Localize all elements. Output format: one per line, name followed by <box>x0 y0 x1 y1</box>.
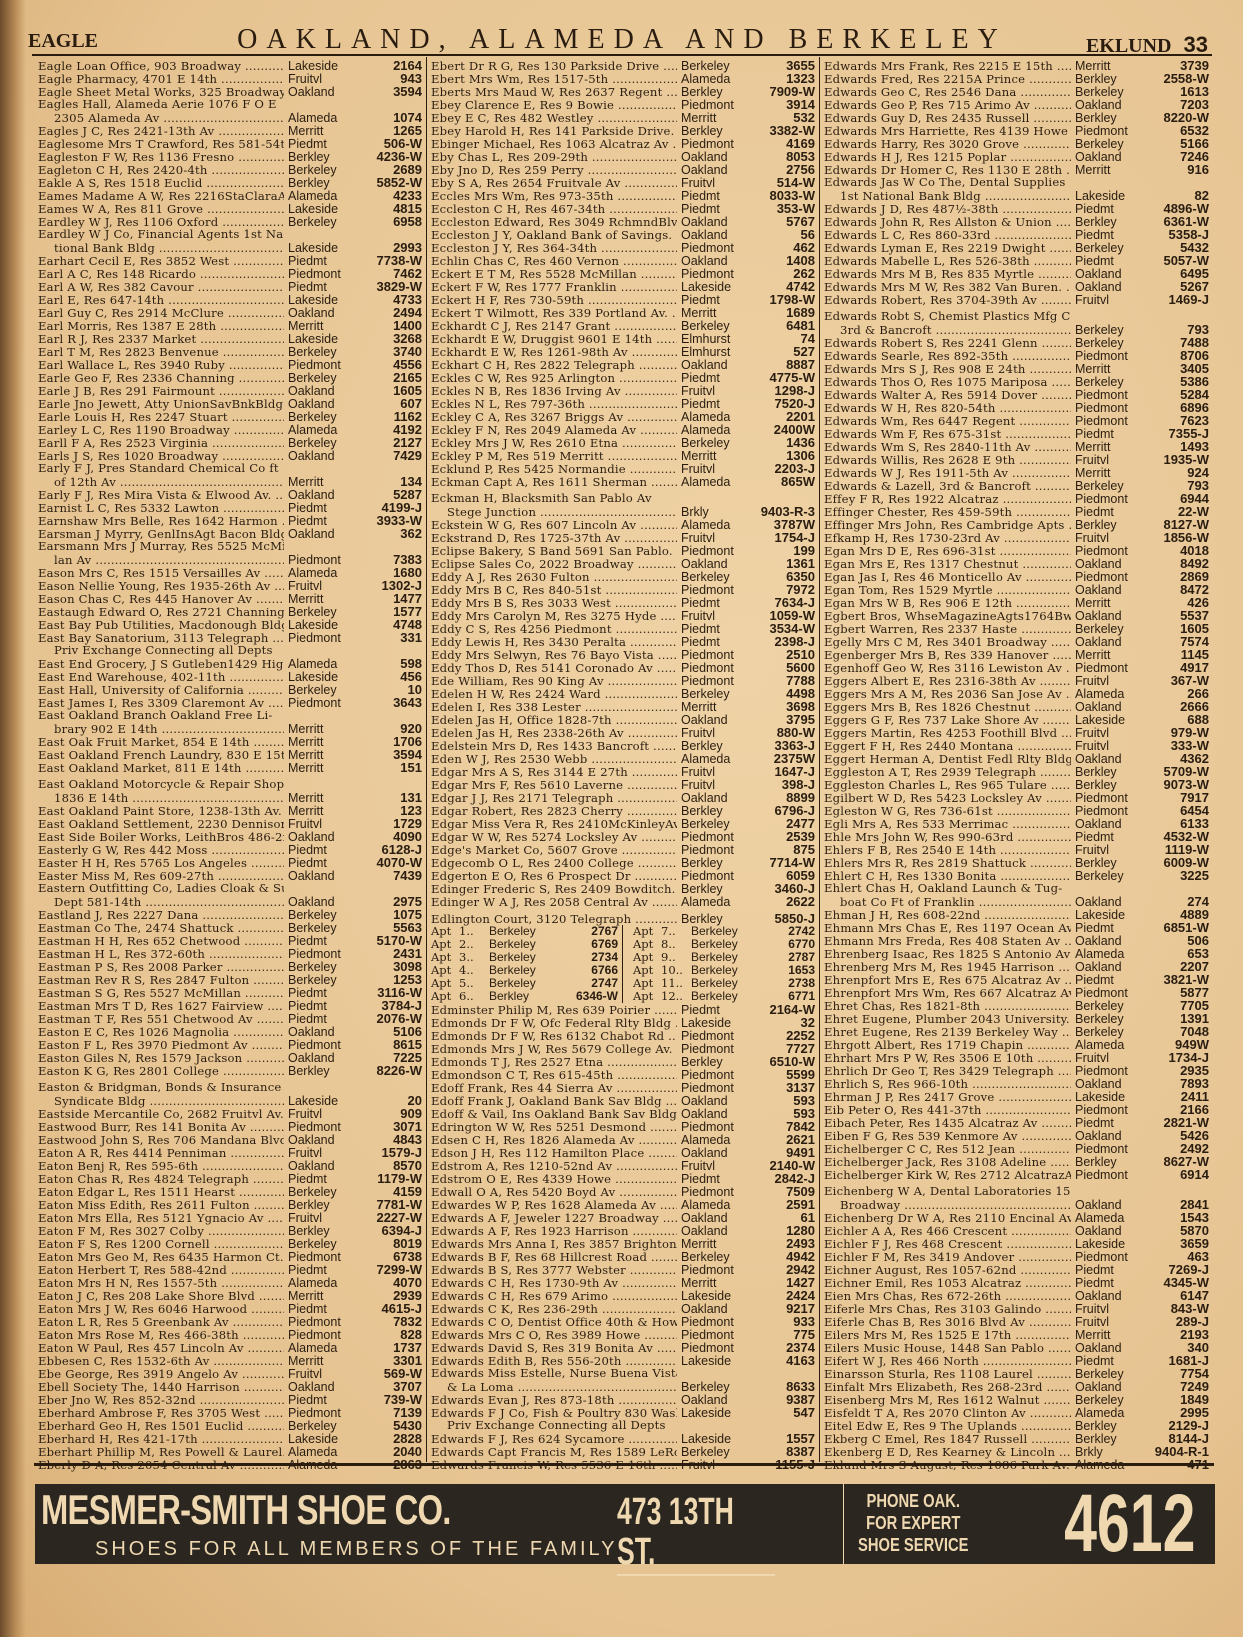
entry-name: Priv Exchange Connecting all Depts <box>431 1419 677 1432</box>
directory-entry: Earl R J, Res 2337 MarketLakeside3268 <box>38 332 422 345</box>
entry-name: Edwards Wm S, Res 2840-11th Av <box>824 441 1071 454</box>
directory-entry: Edgerton E O, Res 6 Prospect DrPiedmont6… <box>431 869 815 882</box>
ad-phone-label-line: PHONE OAK. <box>858 1490 968 1512</box>
entry-name: Eddy Mrs Carolyn M, Res 3275 Hyde <box>431 610 677 623</box>
directory-entry: Earhart Cecil E, Res 3852 WestPiedmt7738… <box>38 254 422 267</box>
directory-entry: Eggert Herman A, Dentist Fedl Rlty BldgO… <box>824 752 1209 765</box>
entry-name: Egan Tom, Res 1529 Myrtle <box>824 584 1071 597</box>
directory-entry: Edwards L C, Res 860-33rdPiedmt5358-J <box>824 228 1209 241</box>
entry-name: Ede William, Res 90 King Av <box>431 675 677 688</box>
directory-entry: Ehrhart Mrs P W, Res 3506 E 10thFruitvl1… <box>824 1051 1209 1064</box>
entry-exchange: Piedmont <box>284 632 364 645</box>
entry-name: Einarsson Sturla, Res 1108 Laurel <box>824 1368 1071 1381</box>
entry-exchange: Berkeley <box>284 216 364 229</box>
directory-entry: Effinger Chester, Res 459-59thPiedmt22-W <box>824 505 1209 518</box>
directory-entry: Eaton F M, Res 3027 ColbyBerkley6394-J <box>38 1224 422 1237</box>
entry-name: Dept 581-14th <box>38 896 284 909</box>
directory-entry: Eichenberg W A, Dental Laboratories 1512 <box>824 1185 1209 1198</box>
directory-entry: Edoff Frank J, Oakland Bank Sav BldgOakl… <box>431 1094 815 1107</box>
directory-entry: Earnshaw Mrs Belle, Res 1642 HarmonPiedm… <box>38 514 422 527</box>
directory-entry: Eaton Mrs Geo M, Res 6435 Harmon Ct.Pied… <box>38 1250 422 1263</box>
entry-name: Eaton L R, Res 5 Greenbank Av <box>38 1316 284 1329</box>
directory-entry: Eby S A, Res 2654 Fruitvale AvFruitvl514… <box>431 176 815 189</box>
directory-entry: Egan Mrs E, Res 1317 ChestnutOakland8492 <box>824 557 1209 570</box>
directory-entry: Stege JunctionBrkly9403-R-3 <box>431 505 815 518</box>
entry-name: Eby S A, Res 2654 Fruitvale Av <box>431 177 677 190</box>
entry-name: Easter H H, Res 5765 Los Angeles <box>38 857 284 870</box>
directory-entry: Eaton Edgar L, Res 1511 HearstBerkeley41… <box>38 1185 422 1198</box>
entry-name: boat Co Ft of Franklin <box>824 896 1071 909</box>
directory-entry: Earl Wallace L, Res 3940 RubyPiedmont455… <box>38 358 422 371</box>
entry-name: Easton & Bridgman, Bonds & Insurance <box>38 1081 284 1094</box>
directory-entry: Eckert E T M, Res 5528 McMillanPiedmont2… <box>431 267 815 280</box>
directory-entry: Earley L C, Res 1190 BroadwayAlameda4192 <box>38 423 422 436</box>
entry-exchange: Berkley <box>284 1065 364 1078</box>
directory-entry: Edwards Robt S, Chemist Plastics Mfg Co <box>824 310 1209 323</box>
directory-entry: Eastman Mrs T D, Res 1627 FairviewPiedmt… <box>38 999 422 1012</box>
directory-entry: Eggers Albert E, Res 2316-38th AvFruitvl… <box>824 674 1209 687</box>
entry-name: Edwall O A, Res 5420 Boyd Av <box>431 1186 677 1199</box>
directory-entry: Ehrlich S, Res 966-10thOakland7893 <box>824 1077 1209 1090</box>
entry-name: Earl E, Res 647-14th <box>38 294 284 307</box>
directory-entry: East Oakland Branch Oakland Free Li- <box>38 709 422 722</box>
directory-entry: Early F J, Pres Standard Chemical Co ft <box>38 462 422 475</box>
entry-name: & La Loma <box>431 1381 677 1394</box>
entry-name: Edwards Wm, Res 6447 Regent <box>824 415 1071 428</box>
directory-entry: Edwards Walter A, Res 5914 DoverPiedmont… <box>824 388 1209 401</box>
entry-name: Eichner Emil, Res 1053 Alcatraz <box>824 1277 1071 1290</box>
directory-entry: East Oakland Motorcycle & Repair Shop, <box>38 778 422 791</box>
entry-name: Edgecomb O L, Res 2400 College <box>431 857 677 870</box>
directory-entry: Ehmann Mrs Chas E, Res 1197 Ocean AvPied… <box>824 921 1209 934</box>
entry-name: Ehret Eugene, Res 2139 Berkeley Way <box>824 1026 1071 1039</box>
directory-entry: Eckles N L, Res 797-36thPiedmt7520-J <box>431 397 815 410</box>
entry-name: Eberhart Phillip M, Res Powell & Laurel. <box>38 1446 284 1459</box>
entry-name: Eaton Edgar L, Res 1511 Hearst <box>38 1186 284 1199</box>
entry-name: Eason Nellie Young, Res 1935-26th Av <box>38 580 284 593</box>
entry-name: Einfalt Mrs Elizabeth, Res 268-23rd <box>824 1381 1071 1394</box>
entry-phone: 6914 <box>1151 1168 1209 1181</box>
entry-name: Eason Mrs C, Res 1515 Versailles Av <box>38 567 284 580</box>
entry-name: Egenberger Mrs B, Res 339 Hanover <box>824 649 1071 662</box>
entry-name: Stege Junction <box>431 506 677 519</box>
directory-entry: Ekenberg E D, Res Kearney & LincolnBrkly… <box>824 1445 1209 1458</box>
entry-name: Edstrom O E, Res 4339 Howe <box>431 1173 677 1186</box>
entry-name: Ebert Mrs Wm, Res 1517-5th <box>431 73 677 86</box>
directory-entry: Ehlers F B, Res 2540 E 14thFruitvl1119-W <box>824 843 1209 856</box>
entry-name: Edelen Jas H, Res 2338-26th Av <box>431 727 677 740</box>
entry-name: Edwards B F, Res 68 Hillcrest Road <box>431 1251 677 1264</box>
entry-name: Edwards J D, Res 487½-38th <box>824 203 1071 216</box>
directory-entry: Edminster Philip M, Res 639 PoirierPiedm… <box>431 1003 815 1016</box>
directory-entry: Earl A C, Res 148 RicardoPiedmont7462 <box>38 267 422 280</box>
entry-name: Eastern Outfitting Co, Ladies Cloak & Su… <box>38 882 284 895</box>
entry-name: Earl Morris, Res 1387 E 28th <box>38 320 284 333</box>
entry-name: Edwards Mrs Frank, Res 2215 E 15th <box>824 60 1071 73</box>
ad-phone-label-line: SHOE SERVICE <box>858 1534 968 1556</box>
entry-name: Edwards David S, Res 319 Bonita Av <box>431 1342 677 1355</box>
directory-entry: Edmondson C T, Res 615-45thPiedmont5599 <box>431 1068 815 1081</box>
entry-name: Eagles Hall, Alameda Aerie 1076 F O E <box>38 98 284 111</box>
directory-entry: Eby Jno D, Res 259 PerryOakland2756 <box>431 163 815 176</box>
entry-name: Eisenberg Mrs M, Res 1612 Walnut <box>824 1394 1071 1407</box>
directory-entry: Ebey E C, Res 482 WestleyMerritt532 <box>431 111 815 124</box>
entry-name: Earle Louis H, Res 2247 Stuart <box>38 411 284 424</box>
directory-entry: Eby Chas L, Res 209-29thOakland8053 <box>431 150 815 163</box>
entry-name: Egenhoff Geo W, Res 3116 Lewiston Av <box>824 662 1071 675</box>
directory-entry: Eichler A A, Res 466 CrescentOakland5870 <box>824 1224 1209 1237</box>
directory-entry: Ehret Eugene, Plumber 2043 University.Be… <box>824 1012 1209 1025</box>
directory-entry: Edwards Harry, Res 3020 GroveBerkeley516… <box>824 137 1209 150</box>
directory-entry: Effinger Mrs John, Res Cambridge AptsBer… <box>824 518 1209 531</box>
entry-name: Edelen Jas H, Office 1828-7th <box>431 714 677 727</box>
apartment-column-left: Apt1..Berkeley2767Apt2..Berkeley6769Apt3… <box>431 925 623 1003</box>
entry-name: Ehmann Mrs Freda, Res 408 Staten Av <box>824 935 1071 948</box>
directory-entry: Eastman H L, Res 372-60thPiedmont2431 <box>38 947 422 960</box>
entry-name: Eastwood Burr, Res 141 Bonita Av <box>38 1121 284 1134</box>
directory-entry: East Hall, University of CaliforniaBerke… <box>38 683 422 696</box>
entry-name: Eccleston J Y, Res 364-34th <box>431 242 677 255</box>
entry-name: Effey F R, Res 1922 Alcatraz <box>824 493 1071 506</box>
entry-name: Edstrom A, Res 1210-52nd Av <box>431 1160 677 1173</box>
directory-entry: Edwards Fred, Res 2215A PrinceBerkley255… <box>824 72 1209 85</box>
directory-entry: Eardley W J Co, Financial Agents 1st Na- <box>38 228 422 241</box>
directory-entry: Eggers G F, Res 737 Lake Shore AvLakesid… <box>824 713 1209 726</box>
apartment-exchange: Berkeley <box>691 990 759 1003</box>
ad-address: 473 13TH ST. <box>617 1492 775 1576</box>
entry-exchange: Oakland <box>284 450 364 463</box>
entry-name: Ehrgott Albert, Res 1719 Chapin <box>824 1039 1071 1052</box>
entry-phone: 916 <box>1151 163 1209 176</box>
directory-entry: Eastman H H, Res 652 ChetwoodPiedmt5170-… <box>38 934 422 947</box>
entry-name: Edmonds Dr F W, Ofc Federal Rlty Bldg <box>431 1017 677 1030</box>
entry-name: Eggert Herman A, Dentist Fedl Rlty Bldg <box>824 753 1071 766</box>
entry-name: Eib Peter O, Res 441-37th <box>824 1104 1071 1117</box>
directory-entry: Eccleston J Y, Res 364-34thPiedmont462 <box>431 241 815 254</box>
directory-entry: Eisenberg Mrs M, Res 1612 WalnutBerkeley… <box>824 1393 1209 1406</box>
entry-name: Eardley W J Co, Financial Agents 1st Na- <box>38 228 284 241</box>
entry-exchange: Fruitvl <box>1071 294 1151 307</box>
directory-entry: lan AvPiedmont7383 <box>38 553 422 566</box>
directory-entry: Easterly G W, Res 442 MossPiedmt6128-J <box>38 843 422 856</box>
directory-entry: Egan Jas I, Res 46 Monticello AvPiedmont… <box>824 570 1209 583</box>
entry-phone: 2622 <box>757 895 815 908</box>
entry-name: Ehrenpfort Mrs E, Res 675 Alcatraz Av <box>824 974 1071 987</box>
directory-entry: Edoff & Vail, Ins Oakland Bank Sav BldgO… <box>431 1107 815 1120</box>
directory-entry: Ekberg C Emel, Res 1847 RussellBerkley81… <box>824 1432 1209 1445</box>
directory-entry: Edwards Mrs Harriette, Res 4139 HowePied… <box>824 124 1209 137</box>
entry-name: Earl A W, Res 382 Cavour <box>38 281 284 294</box>
entry-name: brary 902 E 14th <box>38 723 284 736</box>
directory-entry: Eckley Mrs J W, Res 2610 EtnaBerkeley143… <box>431 436 815 449</box>
directory-entry: Ehret Chas, Res 1821-8thBerkeley7705 <box>824 999 1209 1012</box>
directory-entry: Eichner August, Res 1057-62ndPiedmt7269-… <box>824 1263 1209 1276</box>
entry-name: Edge's Market Co, 5607 Grove <box>431 844 677 857</box>
entry-name: Eastman Co The, 2474 Shattuck <box>38 922 284 935</box>
entry-name: Eastman Rev R S, Res 2847 Fulton <box>38 974 284 987</box>
apartment-label: Apt <box>633 990 661 1003</box>
directory-entry: Eilers Mrs M, Res 1525 E 17thMerritt2193 <box>824 1328 1209 1341</box>
directory-entry: East Side Boiler Works, LeithBros 486-2n… <box>38 830 422 843</box>
entry-name: Eckley P M, Res 519 Merritt <box>431 450 677 463</box>
directory-entry: Earle Geo F, Res 2336 ChanningBerkeley21… <box>38 371 422 384</box>
entry-name: Easton E C, Res 1026 Magnolia <box>38 1026 284 1039</box>
entry-exchange: Alameda <box>677 896 757 909</box>
entry-name: Eichler F J, Res 468 Crescent <box>824 1238 1071 1251</box>
entry-name: Edwards Harry, Res 3020 Grove <box>824 138 1071 151</box>
entry-name: Edwards Geo P, Res 715 Arimo Av <box>824 99 1071 112</box>
entry-name: Eberts Mrs Maud W, Res 2637 Regent <box>431 86 677 99</box>
entry-name: Priv Exchange Connecting all Depts <box>38 644 284 657</box>
directory-entry: Egilbert W D, Res 5423 Locksley AvPiedmo… <box>824 791 1209 804</box>
directory-entry: Earsman J Myrry, GenlInsAgt Bacon BldgOa… <box>38 527 422 540</box>
entry-name: Eckert F W, Res 1777 Franklin <box>431 281 677 294</box>
ad-phone-label-line: FOR EXPERT <box>858 1512 968 1534</box>
entry-name: Eddy Mrs B S, Res 3033 West <box>431 597 677 610</box>
entry-name: Eaglesome Mrs T Crawford, Res 581-54th <box>38 138 284 151</box>
directory-entry: Eichenberg Dr W A, Res 2110 Encinal AvAl… <box>824 1211 1209 1224</box>
directory-entry: Edwards John R, Res Allston & UnionBerkl… <box>824 215 1209 228</box>
directory-entry: Eitel Edw E, Res 9 The UplandsBerkley212… <box>824 1419 1209 1432</box>
entry-name: Eakle A S, Res 1518 Euclid <box>38 177 284 190</box>
directory-entry: Egenhoff Geo W, Res 3116 Lewiston AvPied… <box>824 661 1209 674</box>
directory-entry: Eib Peter O, Res 441-37thPiedmont2166 <box>824 1103 1209 1116</box>
directory-entry: Edwards Mrs M B, Res 835 MyrtleOakland64… <box>824 267 1209 280</box>
directory-entry: Edwards J D, Res 487½-38thPiedmt4896-W <box>824 202 1209 215</box>
directory-entry: Ehlert C H, Res 1330 BonitaBerkeley3225 <box>824 869 1209 882</box>
entry-name: Edwards W J, Res 1911-5th Av <box>824 467 1071 480</box>
entry-name: Eichenberg Dr W A, Res 2110 Encinal Av <box>824 1212 1071 1225</box>
entry-name: Edgar Robert, Res 2823 Cherry <box>431 805 677 818</box>
entry-name: Eggers Martin, Res 4253 Foothill Blvd <box>824 727 1071 740</box>
entry-name: Eaton Miss Edith, Res 2611 Fulton <box>38 1199 284 1212</box>
entry-name: Eckles N L, Res 797-36th <box>431 398 677 411</box>
entry-name: Eddy Thos D, Res 5141 Coronado Av <box>431 662 677 675</box>
directory-entry: Eggleston A T, Res 2939 TelegraphBerkley… <box>824 765 1209 778</box>
directory-entry: Ebert Dr R G, Res 130 Parkside DriveBerk… <box>431 59 815 72</box>
entry-name: Edelstein Mrs D, Res 1433 Bancroft <box>431 740 677 753</box>
directory-entry: Eaton W Paul, Res 457 Lincoln AvAlameda1… <box>38 1341 422 1354</box>
directory-entry: Eaton Mrs H N, Res 1557-5thAlameda4070 <box>38 1276 422 1289</box>
directory-entry: Edwards B S, Res 3777 WebsterPiedmont294… <box>431 1263 815 1276</box>
directory-entry: Eddy C S, Res 4256 PiedmontPiedmt3534-W <box>431 622 815 635</box>
entry-name: Edwardes W P, Res 1628 Alameda Av <box>431 1199 677 1212</box>
directory-entry: Edwards Jas W Co The, Dental Supplies <box>824 176 1209 189</box>
entry-name: Eggers Mrs B, Res 1826 Chestnut <box>824 701 1071 714</box>
entry-name: Echlin Chas C, Res 460 Vernon <box>431 255 677 268</box>
directory-entry: Eckles N B, Res 1836 Irving AvFruitvl129… <box>431 384 815 397</box>
entry-phone: 8226-W <box>364 1064 422 1077</box>
entry-name: Egelly Mrs C M, Res 3401 Broadway <box>824 636 1071 649</box>
directory-entry: Edinger W A J, Res 2058 Central AvAlamed… <box>431 895 815 908</box>
entry-name: Eichenberg W A, Dental Laboratories 1512 <box>824 1185 1071 1198</box>
directory-entry: Eibach Peter, Res 1435 Alcatraz AvPiedmt… <box>824 1116 1209 1129</box>
directory-entry: Eaton Miss Edith, Res 2611 FultonBerkley… <box>38 1198 422 1211</box>
directory-entry: Eddy Mrs Carolyn M, Res 3275 HydeFruitvl… <box>431 609 815 622</box>
entry-name: Eberhard Geo H, Res 1501 Euclid <box>38 1420 284 1433</box>
entry-name: Earle J B, Res 291 Fairmount <box>38 385 284 398</box>
directory-entry: Eaton Mrs Ella, Res 5121 Ygnacio AvFruit… <box>38 1211 422 1224</box>
entry-name: Eastman H H, Res 652 Chetwood <box>38 935 284 948</box>
entry-name: Eber Jno W, Res 852-32nd <box>38 1394 284 1407</box>
entry-name: Earll F A, Res 2523 Virginia <box>38 437 284 450</box>
directory-entry: Egleston W G, Res 736-61stPiedmont6454 <box>824 804 1209 817</box>
directory-entry: Edwards Wm, Res 6447 RegentPiedmont7623 <box>824 414 1209 427</box>
directory-entry: Eien Mrs Chas, Res 672-26thOakland6147 <box>824 1289 1209 1302</box>
directory-entry: Edinger Frederic S, Res 2409 Bowditch.Be… <box>431 882 815 895</box>
entry-name: 2305 Alameda Av <box>38 112 284 125</box>
entry-name: Edwards Willis, Res 2628 E 9th <box>824 454 1071 467</box>
directory-entry: Earl Guy C, Res 2914 McClureOakland2494 <box>38 306 422 319</box>
entry-name: Effinger Mrs John, Res Cambridge Apts <box>824 519 1071 532</box>
entry-name: Easterly G W, Res 442 Moss <box>38 844 284 857</box>
entry-name: Eiferle Chas B, Res 3016 Blvd Av <box>824 1316 1071 1329</box>
entry-name: Edgar Mrs A S, Res 3144 E 27th <box>431 766 677 779</box>
entry-name: Eames W A, Res 811 Grove <box>38 203 284 216</box>
entry-phone: 362 <box>364 527 422 540</box>
ad-phone-panel: PHONE OAK. FOR EXPERT SHOE SERVICE 4612 <box>844 1484 1215 1564</box>
entry-name: Edwards F J, Res 624 Sycamore <box>431 1433 677 1446</box>
column-3: Edwards Mrs Frank, Res 2215 E 15thMerrit… <box>820 57 1213 1462</box>
entry-name: Ebinger Michael, Res 1063 Alcatraz Av <box>431 138 677 151</box>
directory-entry: Eberts Mrs Maud W, Res 2637 RegentBerkle… <box>431 85 815 98</box>
directory-entry: Edgar Mrs F, Res 5610 LaverneFruitvl398-… <box>431 778 815 791</box>
directory-entry: Easter H H, Res 5765 Los AngelesPiedmt40… <box>38 856 422 869</box>
directory-entry: Ehlers Mrs R, Res 2819 ShattuckBerkley60… <box>824 856 1209 869</box>
directory-entry: Echlin Chas C, Res 460 VernonOakland1408 <box>431 254 815 267</box>
entry-name: Ehret Chas, Res 1821-8th <box>824 1000 1071 1013</box>
directory-entry: Edwards Robert, Res 3704-39th AvFruitvl1… <box>824 293 1209 306</box>
entry-name: Edwards Lyman E, Res 2219 Dwight <box>824 242 1071 255</box>
entry-name: East Oakland French Laundry, 830 E 15th <box>38 749 284 762</box>
directory-entry: Eddy Mrs Selwyn, Res 76 Bayo VistaPiedmo… <box>431 648 815 661</box>
entry-name: Ehle Mrs John W, Res 990-63rd <box>824 831 1071 844</box>
directory-entry: Eber Jno W, Res 852-32ndPiedmt739-W <box>38 1393 422 1406</box>
directory-entry: Earnist L C, Res 5332 LawtonPiedmt4199-J <box>38 501 422 514</box>
entry-name: Eckhardt C J, Res 2147 Grant <box>431 320 677 333</box>
directory-entry: Edrington W W, Res 5251 DesmondPiedmont7… <box>431 1120 815 1133</box>
entry-name: Ebbesen C, Res 1532-6th Av <box>38 1355 284 1368</box>
directory-entry: Eaton J C, Res 208 Lake Shore BlvdMerrit… <box>38 1289 422 1302</box>
directory-entry: Eggers Mrs B, Res 1826 ChestnutOakland26… <box>824 700 1209 713</box>
entry-name: Ecklund P, Res 5425 Normandie <box>431 463 677 476</box>
entry-name: Eilers Music House, 1448 San Pablo <box>824 1342 1071 1355</box>
directory-entry: Eberhart Phillip M, Res Powell & Laurel.… <box>38 1445 422 1458</box>
entry-name: Eddy C S, Res 4256 Piedmont <box>431 623 677 636</box>
directory-entry: Earll F A, Res 2523 VirginiaBerkeley2127 <box>38 436 422 449</box>
directory-entry: Edelen H W, Res 2424 WardBerkeley4498 <box>431 687 815 700</box>
entry-name: Egbert Warren, Res 2337 Haste <box>824 623 1071 636</box>
directory-entry: Edwards C H, Res 679 ArimoLakeside2424 <box>431 1289 815 1302</box>
directory-entry: Edwards Geo C, Res 2546 DanaBerkeley1613 <box>824 85 1209 98</box>
directory-entry: Eberhard H, Res 421-17thLakeside2828 <box>38 1432 422 1445</box>
entry-name: lan Av <box>38 554 284 567</box>
entry-phone: 1469-J <box>1151 293 1209 306</box>
entry-name: Edwards C H, Res 1730-9th Av <box>431 1277 677 1290</box>
entry-name: Egan Jas I, Res 46 Monticello Av <box>824 571 1071 584</box>
directory-entry: Eckhardt E W, Druggist 9601 E 14thElmhur… <box>431 332 815 345</box>
entry-name: Eckstein W G, Res 607 Lincoln Av <box>431 519 677 532</box>
directory-entry: Egbert Warren, Res 2337 HasteBerkeley160… <box>824 622 1209 635</box>
directory-entry: Egan Mrs D E, Res 696-31stPiedmont4018 <box>824 544 1209 557</box>
directory-entry: Eaton Chas R, Res 4824 TelegraphPiedmt11… <box>38 1172 422 1185</box>
directory-entry: Eames W A, Res 811 GroveLakeside4815 <box>38 202 422 215</box>
directory-entry: Eastwood Burr, Res 141 Bonita AvPiedmont… <box>38 1120 422 1133</box>
entry-exchange: Merritt <box>1071 164 1151 177</box>
entry-name: Edelen H W, Res 2424 Ward <box>431 688 677 701</box>
entry-exchange: Lakeside <box>677 1407 757 1420</box>
entry-name: Eaton F M, Res 3027 Colby <box>38 1225 284 1238</box>
entry-name: Eccleston Edward, Res 3049 RchmndBlvd <box>431 216 677 229</box>
apartment-phone: 6346-W <box>562 990 618 1003</box>
entry-name: Ehlers Mrs R, Res 2819 Shattuck <box>824 857 1071 870</box>
directory-entry: Eddy Mrs B S, Res 3033 WestPiedmt7634-J <box>431 596 815 609</box>
directory-entry: Eggleston Charles L, Res 965 TulareBerkl… <box>824 778 1209 791</box>
directory-entry: Eagleton C H, Res 2420-4thBerkeley2689 <box>38 163 422 176</box>
page-title: OAKLAND, ALAMEDA AND BERKELEY <box>28 24 1216 56</box>
apartment-exchange: Berkley <box>489 990 562 1003</box>
directory-entry: Edwards F J, Res 624 SycamoreLakeside155… <box>431 1432 815 1445</box>
directory-entry: Edwards W J, Res 1911-5th AvMerritt924 <box>824 466 1209 479</box>
entry-name: Ehman J H, Res 608-22nd <box>824 909 1071 922</box>
entry-name: Eastman P S, Res 2008 Parker <box>38 961 284 974</box>
entry-name: Edwards Thos O, Res 1075 Mariposa <box>824 376 1071 389</box>
directory-entry: Eden W J, Res 2530 WebbAlameda2375W <box>431 752 815 765</box>
directory-entry: Edge's Market Co, 5607 GrovePiedmont875 <box>431 843 815 856</box>
directory-entry: Earl Morris, Res 1387 E 28thMerritt1400 <box>38 319 422 332</box>
directory-entry: Edwardes W P, Res 1628 Alameda AvAlameda… <box>431 1198 815 1211</box>
entry-name: Edwards Capt Francis M, Res 1589 LeRoy <box>431 1446 677 1459</box>
directory-entry: Eaton A R, Res 4414 PennimanFruitvl1579-… <box>38 1146 422 1159</box>
directory-entry: East End Warehouse, 402-11thLakeside456 <box>38 670 422 683</box>
directory-entry: Edson J H, Res 112 Hamilton PlaceOakland… <box>431 1146 815 1159</box>
directory-entry: Earl E, Res 647-14thLakeside4733 <box>38 293 422 306</box>
entry-name: Eichler F M, Res 3419 Andover <box>824 1251 1071 1264</box>
directory-entry: & La LomaBerkeley8633 <box>431 1380 815 1393</box>
directory-entry: Eagle Sheet Metal Works, 325 BroadwayOak… <box>38 85 422 98</box>
directory-entry: Eakle A S, Res 1518 EuclidBerkley5852-W <box>38 176 422 189</box>
column-2: Ebert Dr R G, Res 130 Parkside DriveBerk… <box>427 57 820 1462</box>
directory-entry: Eichner Emil, Res 1053 AlcatrazPiedmt434… <box>824 1276 1209 1289</box>
entry-name: Eddy Mrs Selwyn, Res 76 Bayo Vista <box>431 649 677 662</box>
entry-name: Ehrman J P, Res 2417 Grove <box>824 1091 1071 1104</box>
directory-entry: Eastman Co The, 2474 ShattuckBerkeley556… <box>38 921 422 934</box>
directory-entry: Eckley P M, Res 519 MerrittMerritt1306 <box>431 449 815 462</box>
directory-entry: Edstrom A, Res 1210-52nd AvFruitvl2140-W <box>431 1159 815 1172</box>
directory-entry: Eaton Herbert T, Res 588-42ndPiedmt7299-… <box>38 1263 422 1276</box>
entry-name: Edmonds T J, Res 2527 Etna <box>431 1056 677 1069</box>
entry-name: Eggleston A T, Res 2939 Telegraph <box>824 766 1071 779</box>
directory-entry: Edwards Guy D, Res 2435 RussellBerkley82… <box>824 111 1209 124</box>
directory-entry: Edwards F J Co, Fish & Poultry 830 WashL… <box>431 1406 815 1419</box>
entry-name: Eccleston C H, Res 467-34th <box>431 203 677 216</box>
apartment-label: Apt <box>431 990 459 1003</box>
directory-entry: Egelly Mrs C M, Res 3401 BroadwayOakland… <box>824 635 1209 648</box>
entry-name: Eden W J, Res 2530 Webb <box>431 753 677 766</box>
directory-entry: Edstrom O E, Res 4339 HowePiedmt2842-J <box>431 1172 815 1185</box>
entry-name: Eggleston Charles L, Res 965 Tulare <box>824 779 1071 792</box>
directory-entry: Edgar Mrs A S, Res 3144 E 27thFruitvl164… <box>431 765 815 778</box>
directory-entry: Ebey Harold H, Res 141 Parkside Drive.Be… <box>431 124 815 137</box>
entry-name: Ebey Clarence E, Res 9 Bowie <box>431 99 677 112</box>
entry-name: East Side Boiler Works, LeithBros 486-2n… <box>38 831 284 844</box>
entry-phone: 7439 <box>364 869 422 882</box>
entry-name: Edgar J J, Res 2171 Telegraph <box>431 792 677 805</box>
entry-name: Easton F L, Res 3970 Piedmont Av <box>38 1039 284 1052</box>
footer-rule <box>34 1463 1214 1466</box>
entry-name: Edminster Philip M, Res 639 Poirier <box>431 1004 677 1017</box>
entry-name: East Bay Pub Utilities, Macdonough Bldg <box>38 619 284 632</box>
